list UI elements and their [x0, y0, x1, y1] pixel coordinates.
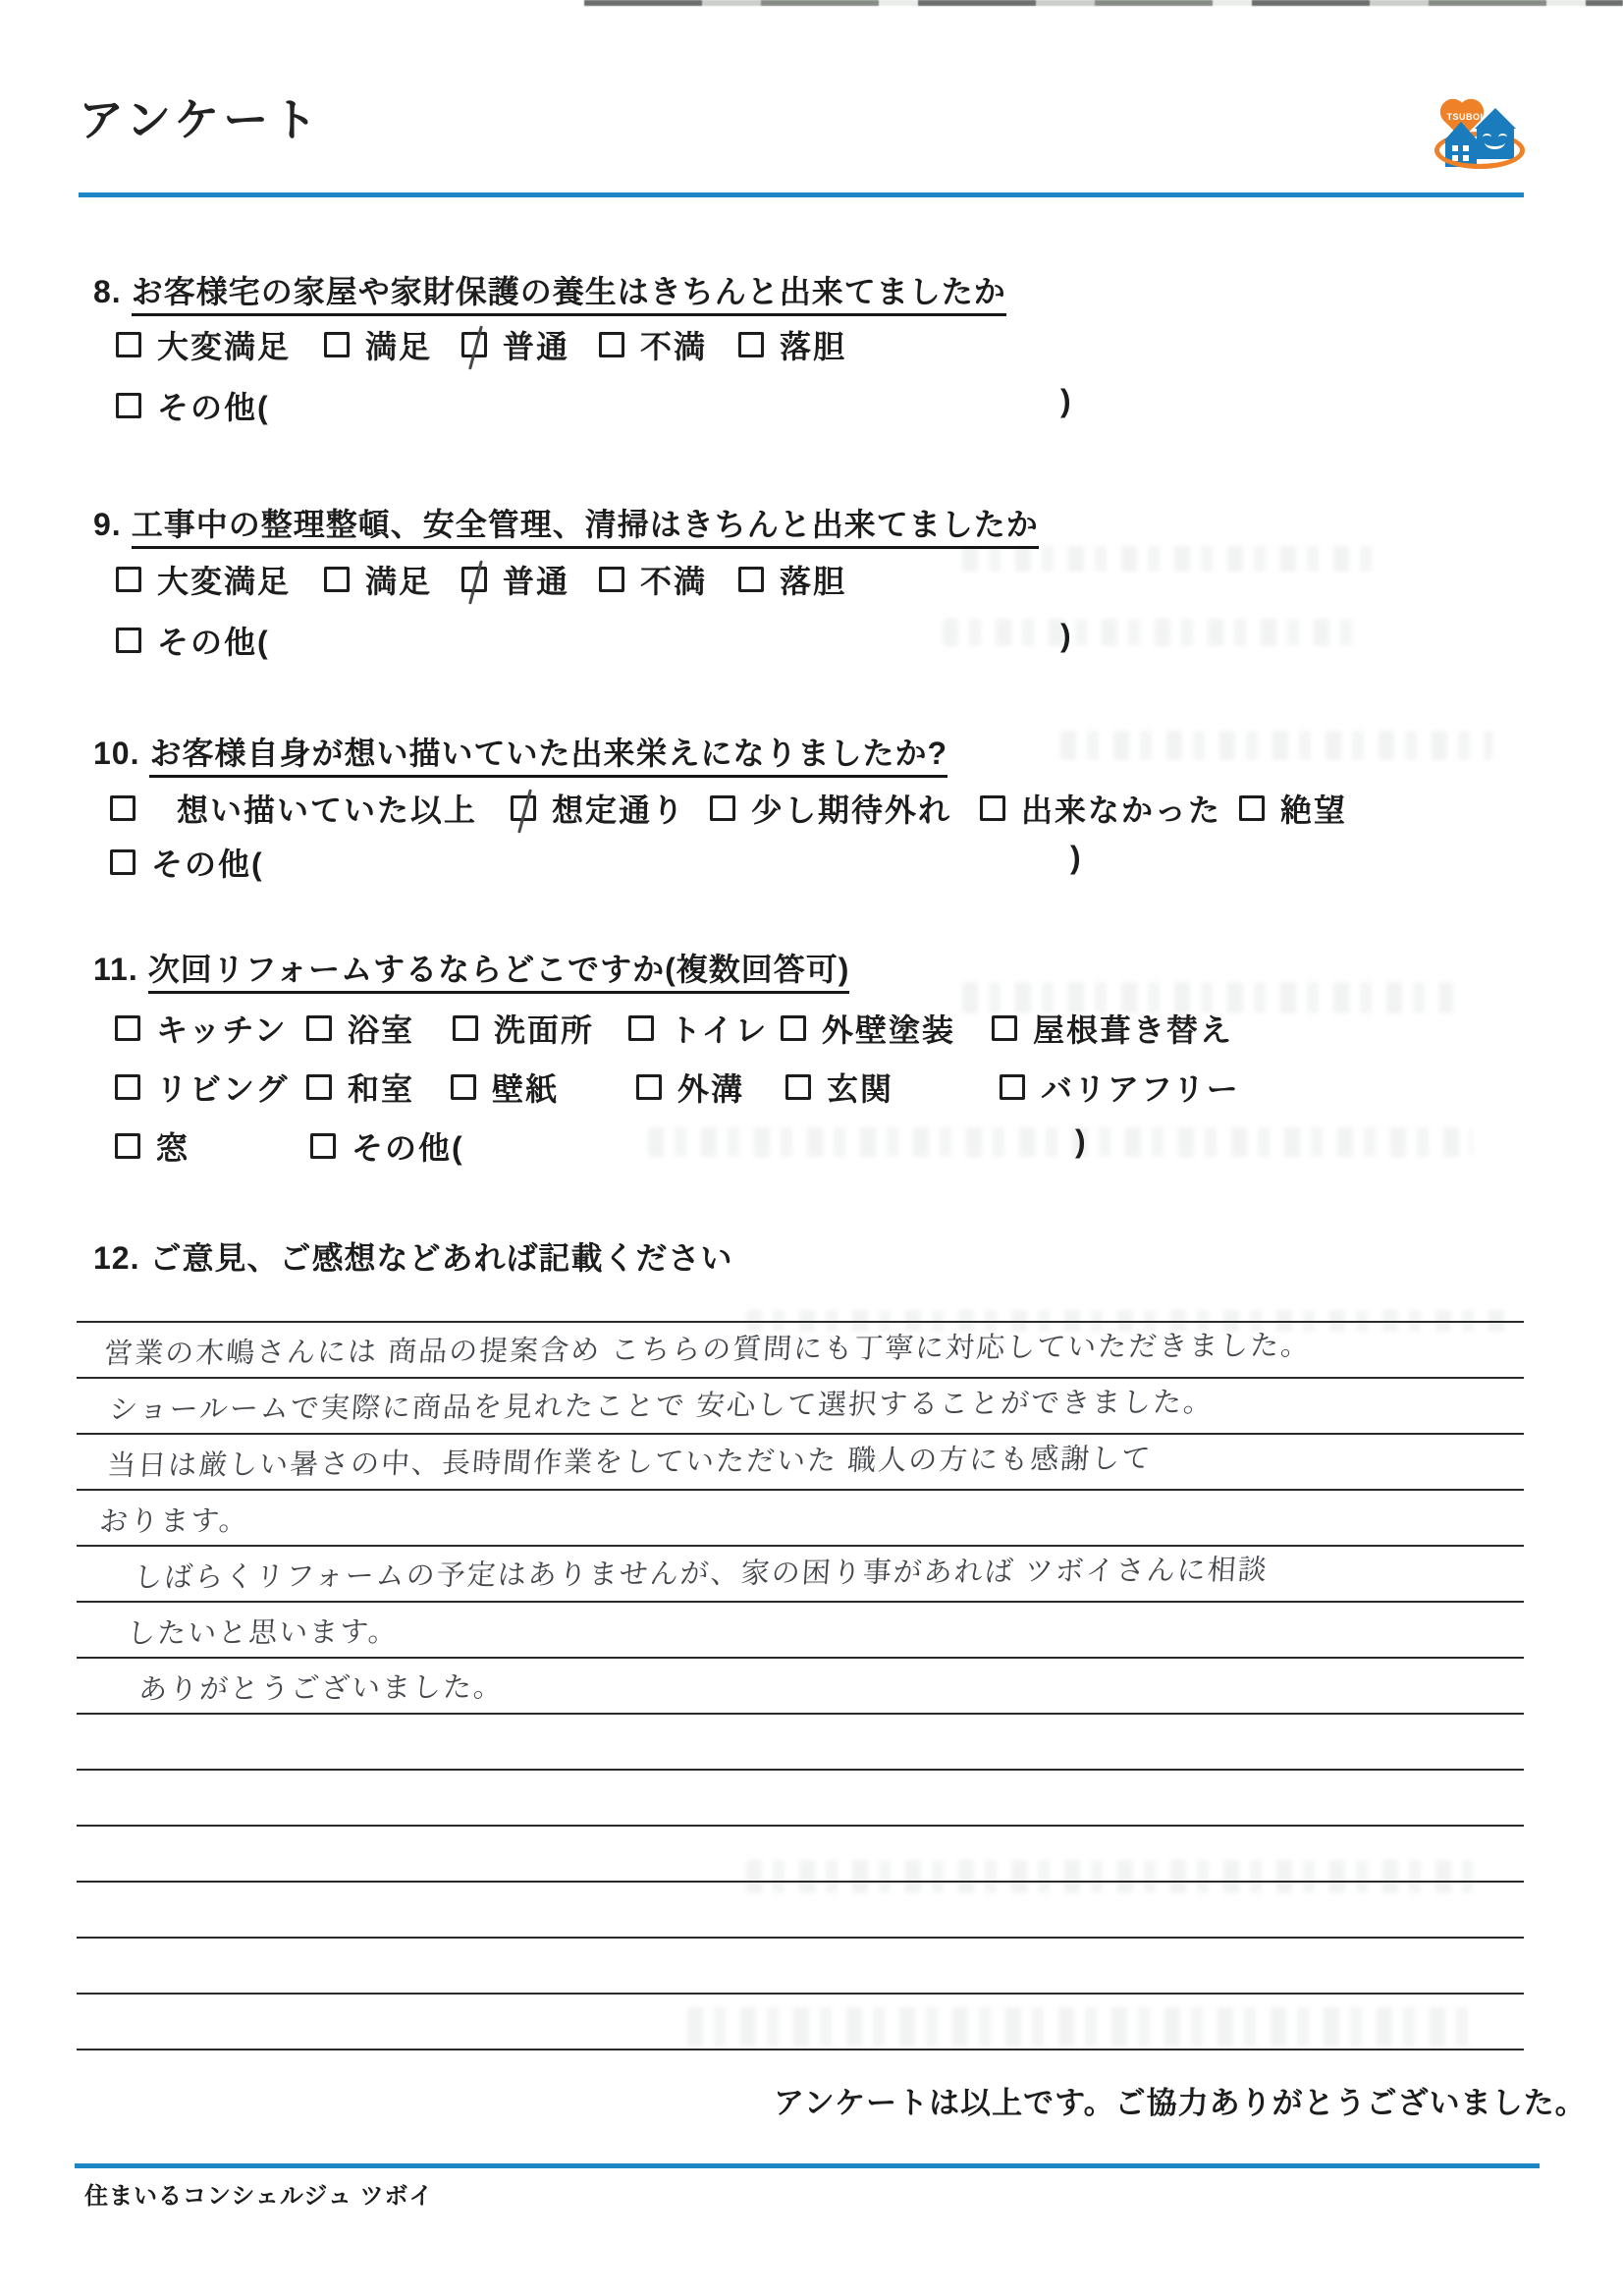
ruled-line: おります。 [77, 1491, 1524, 1547]
handwritten-text: 営業の木嶋さんには 商品の提案含め こちらの質問にも丁寧に対応していただきました… [103, 1323, 1313, 1372]
option: 想い描いていた以上 [110, 786, 477, 831]
options-row: リビング 和室 壁紙 外溝 玄関 バリアフリー [93, 1065, 1537, 1104]
ruled-line: したいと思います。 [77, 1603, 1524, 1659]
checkbox[interactable] [116, 393, 141, 418]
option-label: キッチン [156, 1006, 288, 1051]
scanner-edge-artifact [584, 0, 1623, 6]
option-label: トイレ [670, 1006, 768, 1051]
ruled-line [77, 1995, 1524, 2050]
smile-icon [1485, 136, 1505, 149]
option: 壁紙 [451, 1065, 559, 1110]
question-number: 8. [93, 274, 122, 309]
question-number: 10. [93, 736, 139, 771]
option-label: その他( [157, 383, 270, 428]
closing-statement: アンケートは以上です。ご協力ありがとうございました。 [774, 2078, 1587, 2122]
checkbox[interactable] [115, 1133, 140, 1159]
handwritten-text: おります。 [98, 1499, 250, 1540]
footer-company-name: 住まいるコンシェルジュ ツボイ [84, 2176, 434, 2211]
ruled-line: 当日は厳しい暑さの中、長時間作業をしていただいた 職人の方にも感謝して [77, 1435, 1524, 1491]
option: リビング [115, 1065, 289, 1110]
question-header: 12.ご意見、ご感想などあれば記載ください [93, 1233, 733, 1279]
checkbox[interactable] [636, 1074, 662, 1100]
option-label: リビング [156, 1065, 289, 1110]
option-label: 大変満足 [157, 557, 291, 602]
option: 浴室 [306, 1006, 414, 1051]
checkbox[interactable] [115, 1015, 140, 1041]
close-paren: ) [1060, 618, 1071, 654]
option: トイレ [628, 1006, 768, 1051]
option-label: その他( [157, 618, 270, 663]
question-number: 9. [93, 507, 122, 542]
option: 玄関 [785, 1065, 893, 1110]
checkbox[interactable] [710, 795, 735, 821]
question-title: ご意見、ご感想などあれば記載ください [149, 1240, 732, 1276]
option: 洗面所 [453, 1006, 594, 1051]
option-label: 外壁塗装 [822, 1006, 955, 1051]
option-label: 大変満足 [157, 322, 291, 367]
handwritten-text: ありがとうございました。 [137, 1665, 506, 1708]
option-label: 和室 [348, 1065, 414, 1110]
survey-page: アンケート TSUBOI 8.お客様宅の家屋や家財保護の養生はきちんと出来てまし… [0, 0, 1623, 2296]
option-label: 洗面所 [494, 1006, 594, 1051]
option-other: その他( [310, 1123, 464, 1169]
ruled-line: ショールームで実際に商品を見れたことで 安心して選択することができました。 [77, 1379, 1524, 1435]
option-label: 出来なかった [1021, 786, 1221, 831]
option: 出来なかった [980, 786, 1221, 831]
ruled-line [77, 1883, 1524, 1939]
question-header: 9.工事中の整理整頓、安全管理、清掃はきちんと出来てましたか [93, 500, 1039, 545]
options-row: 大変満足 満足 普通 不満 落胆 [93, 557, 1537, 596]
option-label: その他( [151, 840, 264, 885]
option-label: 普通 [503, 557, 569, 602]
option: 絶望 [1239, 786, 1347, 831]
window-icon [1463, 145, 1469, 151]
ruled-line [77, 1827, 1524, 1883]
other-row: その他( ) [93, 840, 1537, 879]
option-label: 落胆 [780, 557, 846, 602]
handwritten-text: 当日は厳しい暑さの中、長時間作業をしていただいた 職人の方にも感謝して [106, 1437, 1154, 1484]
option-label: 少し期待外れ [751, 786, 951, 831]
checkbox[interactable] [116, 567, 141, 592]
checkbox[interactable] [110, 795, 135, 821]
ruled-line: 営業の木嶋さんには 商品の提案含め こちらの質問にも丁寧に対応していただきました… [77, 1323, 1524, 1379]
question-number: 11. [93, 952, 138, 987]
checkbox[interactable] [324, 332, 350, 357]
option: 落胆 [738, 322, 846, 367]
roof-icon [1444, 122, 1478, 140]
checkbox[interactable] [781, 1015, 806, 1041]
question-title: 工事中の整理整頓、安全管理、清掃はきちんと出来てましたか [132, 507, 1039, 549]
option: 不満 [599, 557, 707, 602]
close-paren: ) [1070, 840, 1081, 876]
option-label: 壁紙 [492, 1065, 559, 1110]
option: 落胆 [738, 557, 846, 602]
ruled-line: ありがとうございました。 [77, 1659, 1524, 1715]
option-label: その他( [352, 1123, 464, 1169]
ruled-line [77, 1715, 1524, 1771]
option-other: その他( [116, 618, 270, 663]
handwritten-text: しばらくリフォームの予定はありませんが、家の困り事があれば ツボイさんに相談 [133, 1548, 1270, 1596]
option-label: 屋根葺き替え [1033, 1006, 1233, 1051]
checkbox[interactable] [1239, 795, 1265, 821]
option-label: 浴室 [348, 1006, 414, 1051]
question-title: 次回リフォームするならどこですか(複数回答可) [148, 952, 850, 994]
bleedthrough-artifact [1060, 731, 1492, 760]
option: 不満 [599, 322, 707, 367]
option-label: 絶望 [1280, 786, 1347, 831]
page-title: アンケート [79, 84, 321, 149]
option: 満足 [324, 322, 432, 367]
checkbox[interactable] [785, 1074, 811, 1100]
option-label: 不満 [640, 322, 707, 367]
question-title: お客様自身が想い描いていた出来栄えになりましたか? [149, 736, 947, 778]
option-label: 満足 [365, 557, 432, 602]
option: 普通 [461, 557, 569, 602]
footer-divider [75, 2163, 1540, 2168]
option-label: 想い描いていた以上 [177, 786, 477, 831]
question-number: 12. [93, 1240, 139, 1276]
checkbox[interactable] [461, 567, 487, 592]
close-paren: ) [1075, 1123, 1086, 1160]
option-label: バリアフリー [1041, 1065, 1240, 1110]
option: 少し期待外れ [710, 786, 951, 831]
options-row: 大変満足 満足 普通 不満 落胆 [93, 322, 1537, 361]
tsuboi-logo: TSUBOI [1437, 90, 1524, 175]
close-paren: ) [1060, 383, 1071, 419]
option: 窓 [115, 1123, 189, 1169]
option-label: 普通 [503, 322, 569, 367]
checkbox[interactable] [980, 795, 1005, 821]
checkbox[interactable] [738, 332, 764, 357]
option: 満足 [324, 557, 432, 602]
option-label: 想定通り [552, 786, 685, 831]
options-row: キッチン 浴室 洗面所 トイレ 外壁塗装 屋根葺き替え [93, 1006, 1537, 1045]
option-label: 窓 [156, 1123, 189, 1169]
option: 普通 [461, 322, 569, 367]
option-label: 不満 [640, 557, 707, 602]
checkbox[interactable] [1000, 1074, 1025, 1100]
question-header: 11.次回リフォームするならどこですか(複数回答可) [93, 945, 849, 990]
checkbox[interactable] [511, 795, 536, 821]
options-row: 想い描いていた以上 想定通り 少し期待外れ 出来なかった 絶望 [93, 786, 1537, 825]
checkbox[interactable] [116, 628, 141, 653]
option: 外壁塗装 [781, 1006, 955, 1051]
checkbox[interactable] [992, 1015, 1017, 1041]
checkbox[interactable] [110, 849, 135, 875]
option: 屋根葺き替え [992, 1006, 1233, 1051]
title-underline [79, 192, 1524, 197]
checkbox[interactable] [599, 332, 624, 357]
option-label: 玄関 [827, 1065, 893, 1110]
question-header: 8.お客様宅の家屋や家財保護の養生はきちんと出来てましたか [93, 267, 1006, 312]
option: 想定通り [511, 786, 685, 831]
ruled-line [77, 1771, 1524, 1827]
checkbox[interactable] [599, 567, 624, 592]
checkbox[interactable] [451, 1074, 476, 1100]
option: バリアフリー [1000, 1065, 1240, 1110]
option: 和室 [306, 1065, 414, 1110]
checkbox[interactable] [306, 1074, 332, 1100]
other-row: その他( ) [93, 618, 1537, 657]
handwritten-text: ショールームで実際に商品を見れたことで 安心して選択することができました。 [108, 1380, 1215, 1428]
ruled-line: しばらくリフォームの予定はありませんが、家の困り事があれば ツボイさんに相談 [77, 1547, 1524, 1603]
comments-write-area: 営業の木嶋さんには 商品の提案含め こちらの質問にも丁寧に対応していただきました… [77, 1321, 1524, 2050]
checkbox[interactable] [453, 1015, 478, 1041]
handwritten-text: したいと思います。 [126, 1610, 400, 1652]
option: 外溝 [636, 1065, 744, 1110]
option: キッチン [115, 1006, 288, 1051]
checkbox[interactable] [116, 332, 141, 357]
option: 大変満足 [116, 322, 291, 367]
option-other: その他( [110, 840, 264, 885]
question-title: お客様宅の家屋や家財保護の養生はきちんと出来てましたか [132, 274, 1006, 316]
options-row: 窓 その他( ) [93, 1123, 1537, 1163]
question-header: 10.お客様自身が想い描いていた出来栄えになりましたか? [93, 729, 947, 774]
window-icon [1452, 145, 1458, 151]
option-other: その他( [116, 383, 270, 428]
checkbox[interactable] [306, 1015, 332, 1041]
other-row: その他( ) [93, 383, 1537, 422]
checkbox[interactable] [310, 1133, 336, 1159]
checkbox[interactable] [628, 1015, 654, 1041]
option-label: 外溝 [677, 1065, 744, 1110]
checkbox[interactable] [115, 1074, 140, 1100]
ruled-line [77, 1939, 1524, 1995]
checkbox[interactable] [324, 567, 350, 592]
option-label: 落胆 [780, 322, 846, 367]
checkbox[interactable] [461, 332, 487, 357]
checkbox[interactable] [738, 567, 764, 592]
roof-icon [1475, 108, 1516, 129]
option-label: 満足 [365, 322, 432, 367]
option: 大変満足 [116, 557, 291, 602]
